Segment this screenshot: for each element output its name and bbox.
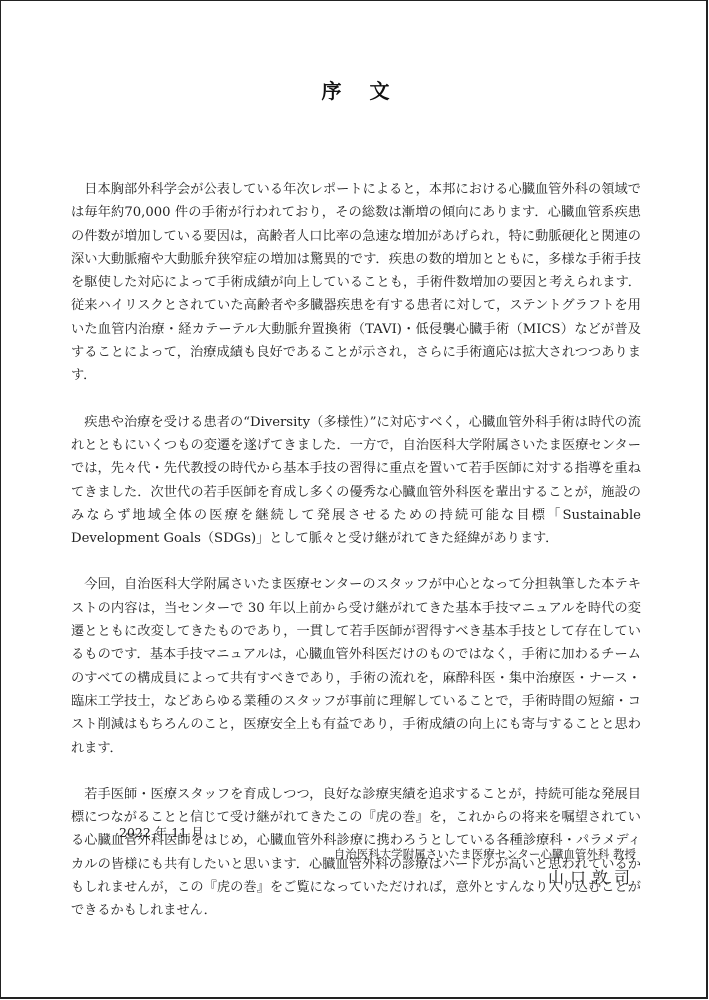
- author-name: 山口敦司: [548, 865, 636, 888]
- paragraph-3: 今回，自治医科大学附属さいたま医療センターのスタッフが中心となって分担執筆した本…: [71, 573, 641, 759]
- date: 2022 年 11 月: [119, 823, 204, 841]
- page-title: 序文: [1, 75, 709, 104]
- paragraph-1: 日本胸部外科学会が公表している年次レポートによると，本邦における心臓血管外科の領…: [71, 178, 641, 388]
- author-affiliation: 自治医科大学附属さいたま医療センター心臓血管外科 教授: [334, 846, 636, 862]
- paragraph-2: 疾患や治療を受ける患者の“Diversity（多様性）”に対応すべく，心臓血管外…: [71, 411, 641, 551]
- document-page: 序文 日本胸部外科学会が公表している年次レポートによると，本邦における心臓血管外…: [0, 0, 708, 999]
